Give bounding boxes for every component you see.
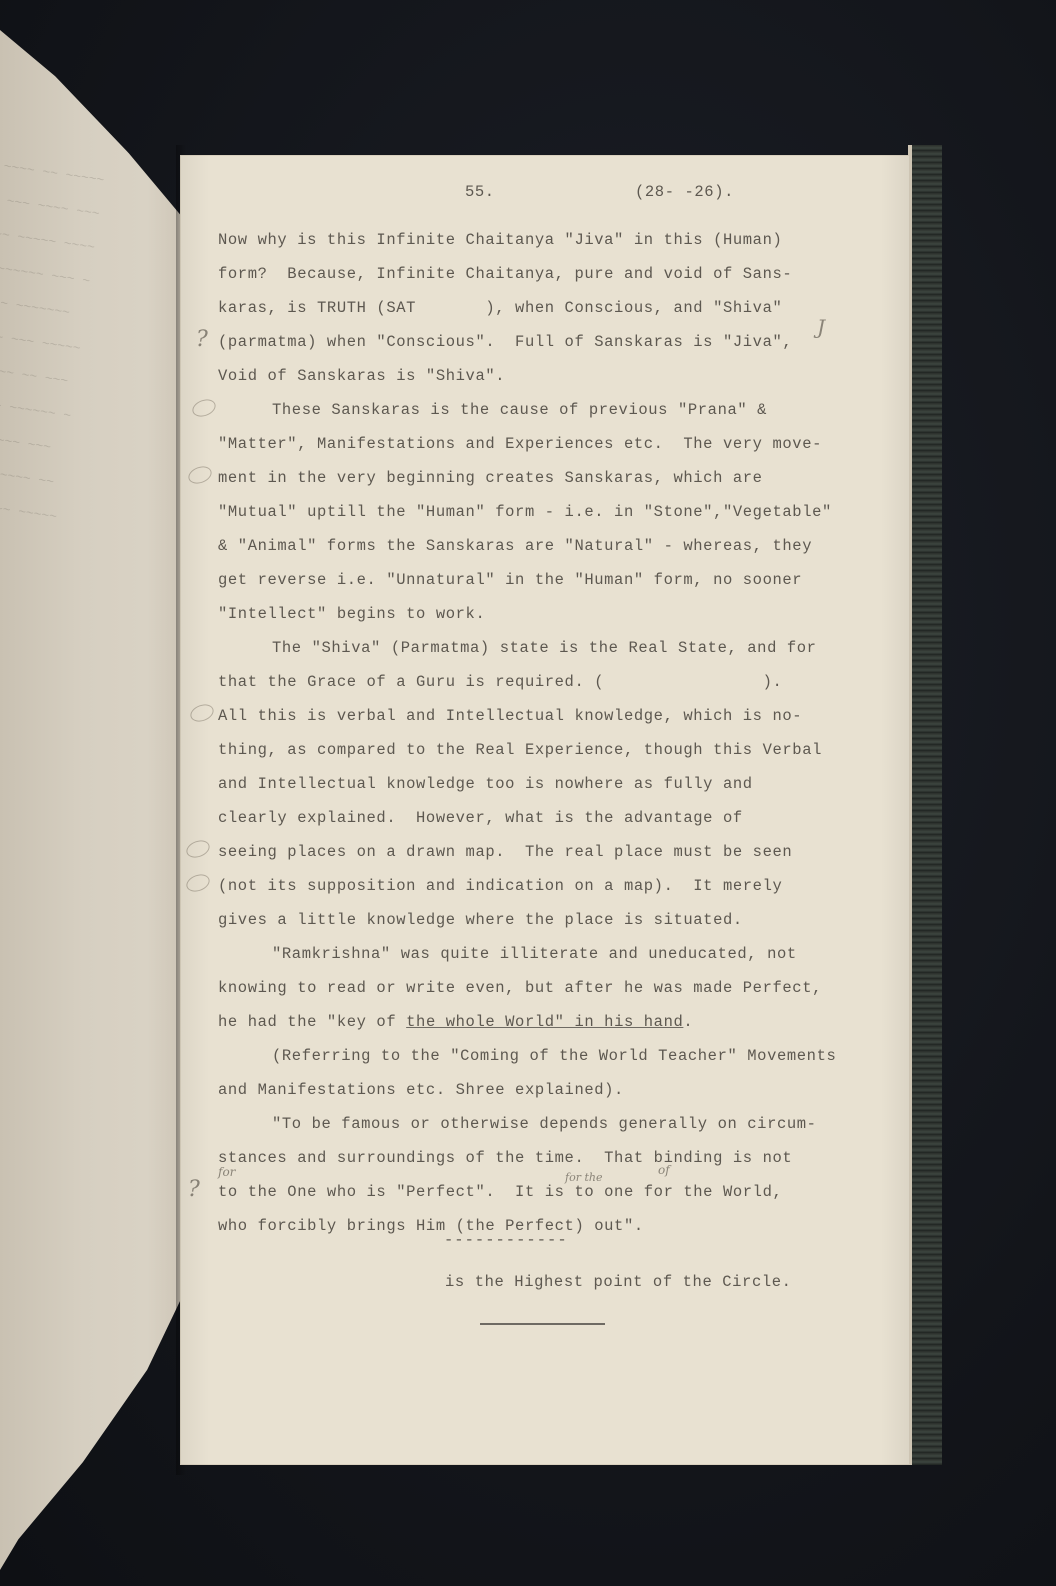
annotation-of: of [658, 1163, 670, 1177]
typewritten-page: 55. (28- -26). Now why is this Infinite … [180, 155, 910, 1465]
text-line: form? Because, Infinite Chaitanya, pure … [218, 265, 792, 283]
annotation-jiva: J [817, 315, 825, 339]
text-line: and Manifestations etc. Shree explained)… [218, 1081, 624, 1099]
text-line: that the Grace of a Guru is required. ( … [218, 673, 782, 691]
end-rule [480, 1323, 605, 1325]
separator-dashes: ------------ [444, 1231, 568, 1249]
text-line: seeing places on a drawn map. The real p… [218, 843, 792, 861]
text-line: ment in the very beginning creates Sansk… [218, 469, 763, 487]
annotation-for: for [218, 1165, 235, 1179]
text-line: "To be famous or otherwise depends gener… [272, 1115, 817, 1133]
text-line: and Intellectual knowledge too is nowher… [218, 775, 753, 793]
text-line: Now why is this Infinite Chaitanya "Jiva… [218, 231, 782, 249]
text-line: thing, as compared to the Real Experienc… [218, 741, 822, 759]
text-line: knowing to read or write even, but after… [218, 979, 822, 997]
text-line: who forcibly brings Him (the Perfect) ou… [218, 1217, 644, 1235]
margin-pencil-mark [184, 871, 212, 894]
text-line: These Sanskaras is the cause of previous… [272, 401, 767, 419]
margin-pencil-mark [190, 396, 218, 419]
text-line: (parmatma) when "Conscious". Full of San… [218, 333, 792, 351]
text-line: (not its supposition and indication on a… [218, 877, 782, 895]
text-line: "Intellect" begins to work. [218, 605, 485, 623]
margin-question-mark: ? [188, 1177, 200, 1202]
text-line-with-underline: he had the "key of the whole World" in h… [218, 1013, 693, 1031]
text-line: stances and surroundings of the time. Th… [218, 1149, 792, 1167]
text-line: The "Shiva" (Parmatma) state is the Real… [272, 639, 817, 657]
underlined-phrase: the whole World" in his hand [406, 1013, 683, 1031]
text-line: karas, is TRUTH (SAT ), when Conscious, … [218, 299, 782, 317]
text-line: Void of Sanskaras is "Shiva". [218, 367, 505, 385]
text-line: (Referring to the "Coming of the World T… [272, 1047, 836, 1065]
margin-question-mark: ? [196, 327, 208, 352]
annotation-for-the: for the [565, 1171, 602, 1184]
book-binding-edge [908, 145, 942, 1465]
text-line: & "Animal" forms the Sanskaras are "Natu… [218, 537, 812, 555]
text-line: "Mutual" uptill the "Human" form - i.e. … [218, 503, 832, 521]
bleed-through-text: ~~~~ ~~ ~~~~~ ~~~ ~~~~ ~~~ ~~ ~~~~~ ~~~~… [0, 150, 174, 1164]
text-line: gives a little knowledge where the place… [218, 911, 743, 929]
left-facing-page: ~~~~ ~~ ~~~~~ ~~~ ~~~~ ~~~ ~~ ~~~~~ ~~~~… [0, 30, 184, 1570]
closing-line: is the Highest point of the Circle. [445, 1273, 792, 1291]
text-line: get reverse i.e. "Unnatural" in the "Hum… [218, 571, 802, 589]
margin-pencil-mark [188, 701, 216, 724]
page-number: 55. [465, 183, 495, 201]
margin-pencil-mark [184, 837, 212, 860]
page-date: (28- -26). [635, 183, 734, 201]
text-line: "Ramkrishna" was quite illiterate and un… [272, 945, 797, 963]
text-line: clearly explained. However, what is the … [218, 809, 743, 827]
margin-pencil-mark [186, 463, 214, 486]
text-line: All this is verbal and Intellectual know… [218, 707, 802, 725]
text-line: "Matter", Manifestations and Experiences… [218, 435, 822, 453]
text-line: to the One who is "Perfect". It is to on… [218, 1183, 782, 1201]
